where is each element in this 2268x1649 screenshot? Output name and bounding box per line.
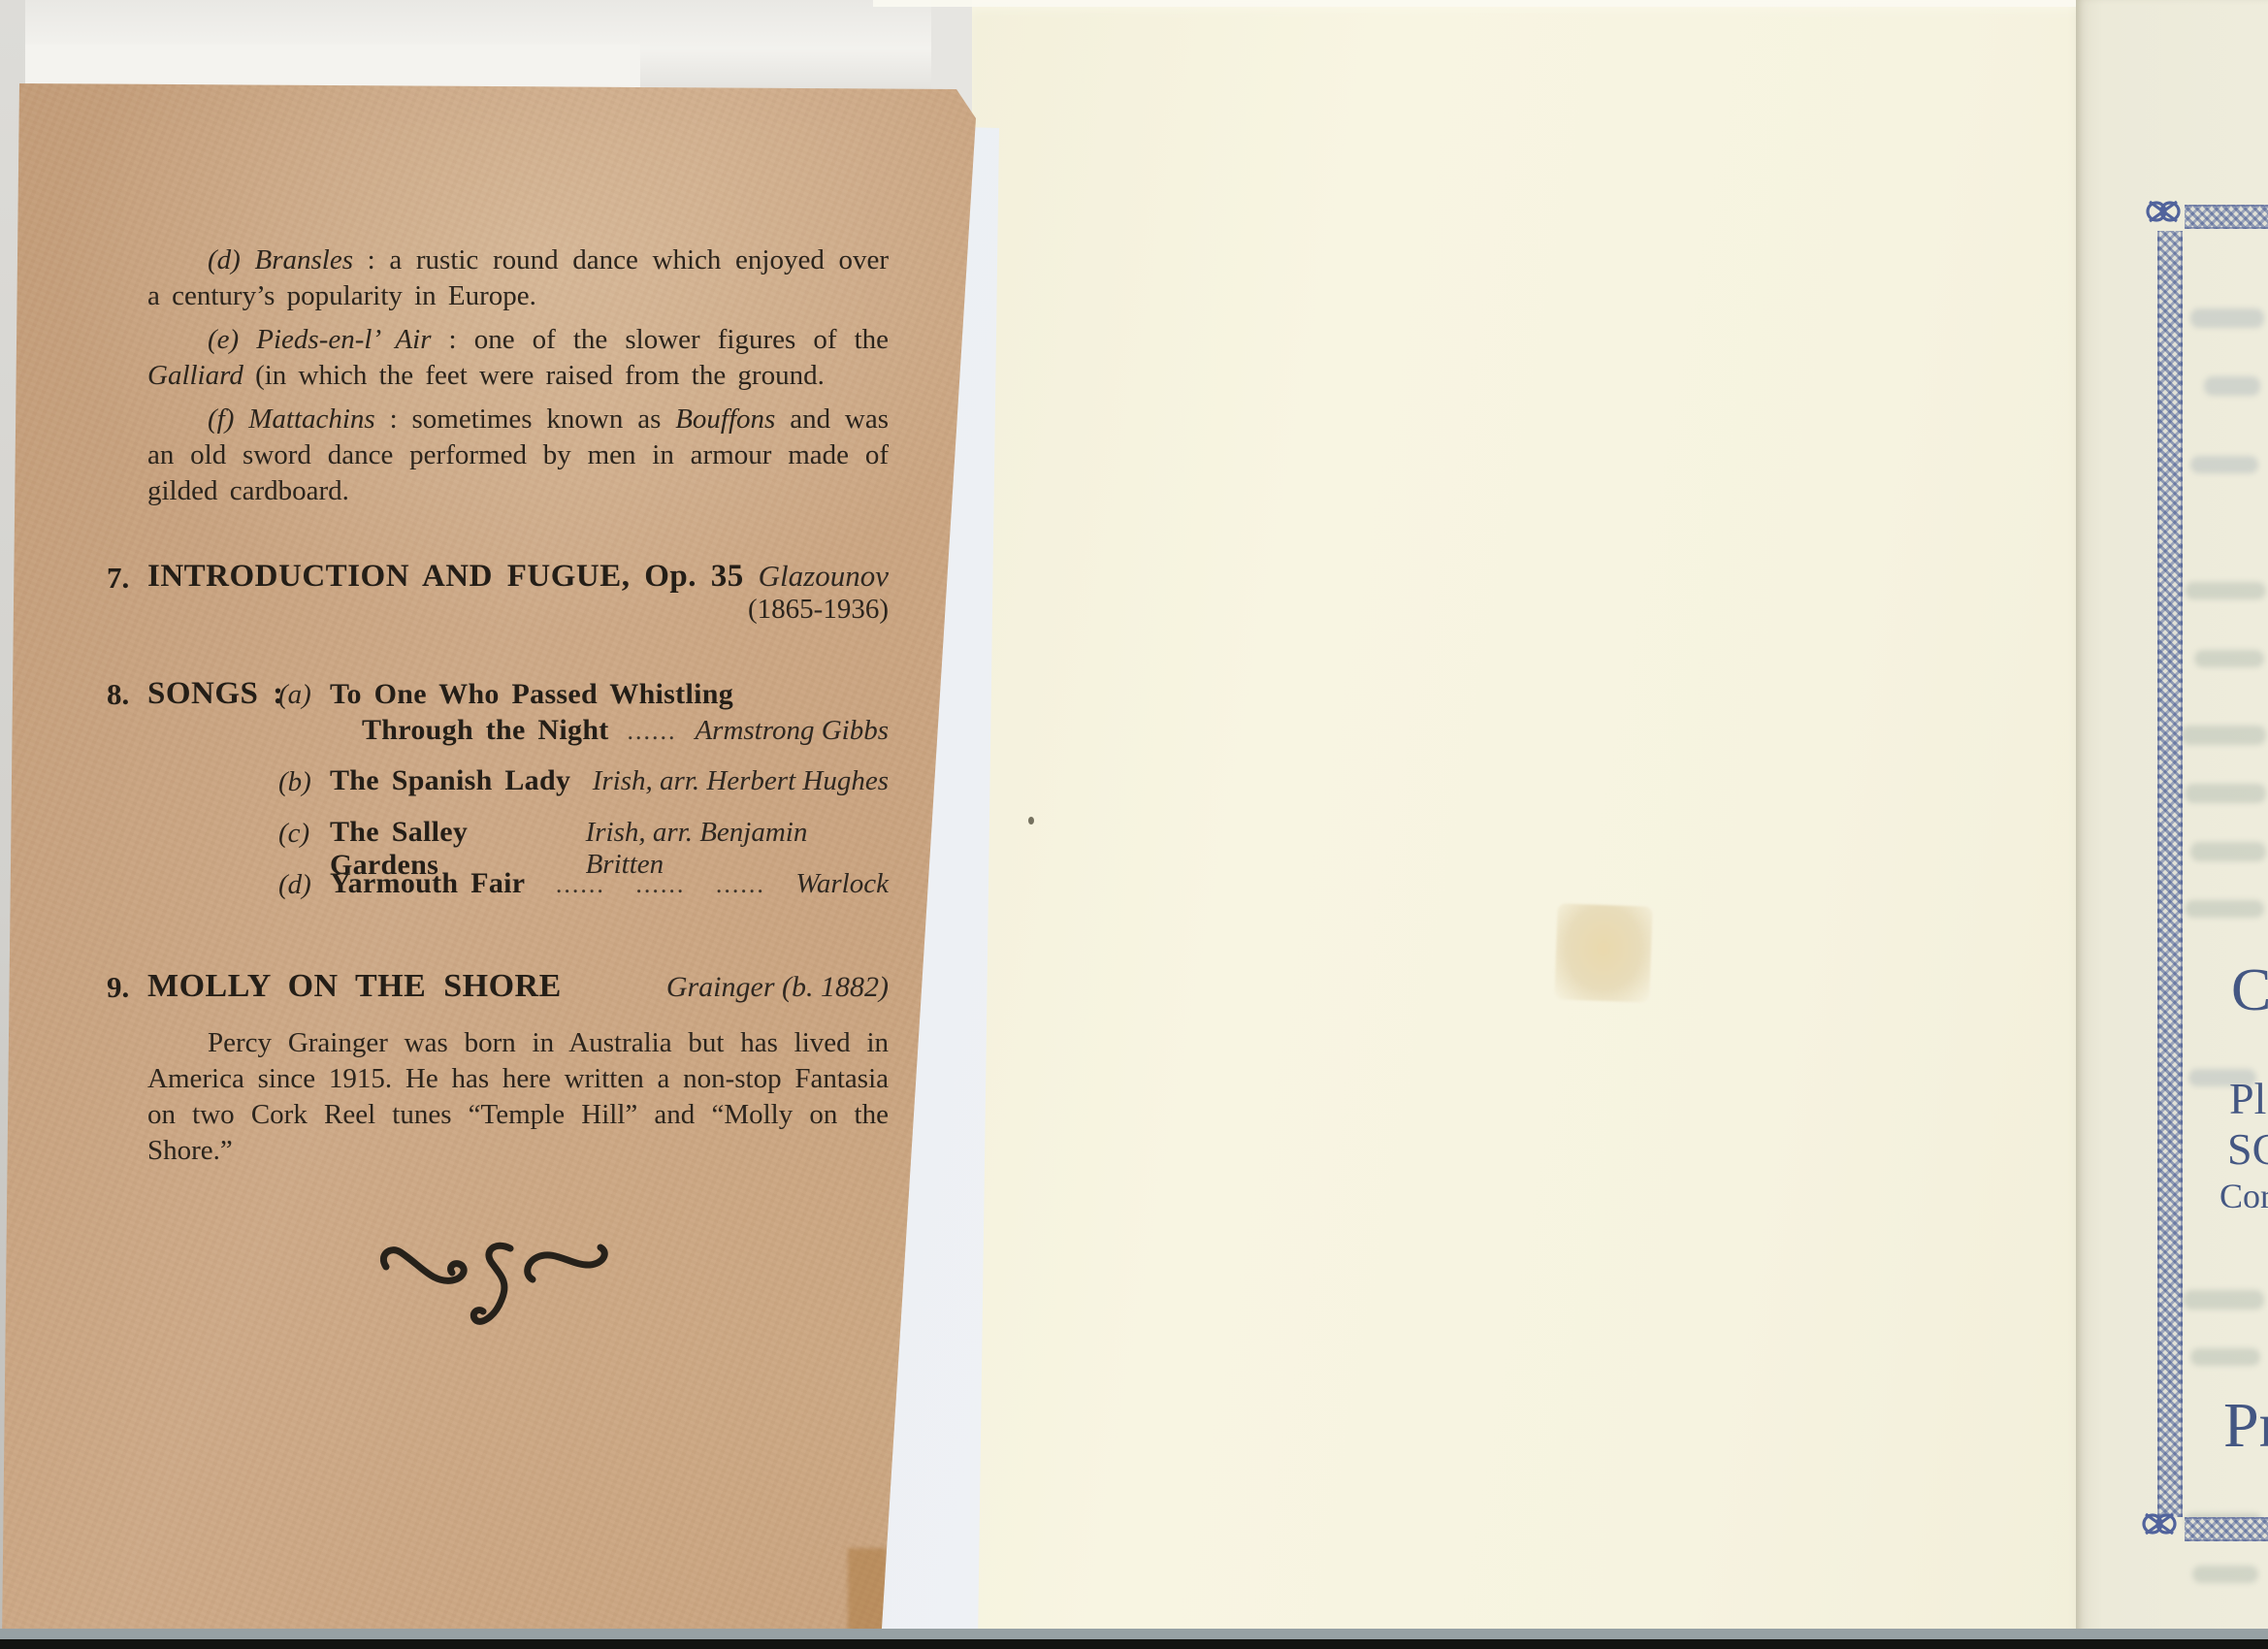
item9-number: 9. — [107, 970, 129, 1005]
note-f-line2: an old sword dance performed by men in a… — [147, 437, 889, 473]
border-corner-knot-bottom — [2138, 1503, 2181, 1544]
song-d-dot-leader-1: ...... — [556, 870, 605, 899]
song-a-composer: Armstrong Gibbs — [695, 715, 889, 747]
show-through-smudge — [2190, 456, 2258, 473]
right-page-partial-text-1: C — [2231, 956, 2268, 1025]
show-through-smudge — [2190, 1348, 2260, 1366]
note-f-colon: : — [375, 404, 398, 435]
note-f-text-b: and was — [790, 404, 889, 435]
page-top-highlight — [873, 0, 2268, 7]
note-d-term: Bransles — [254, 244, 353, 275]
note-d-colon: : — [353, 244, 375, 275]
tape-stain — [1554, 903, 1652, 1002]
song-b-title: The Spanish Lady — [330, 764, 570, 797]
show-through-smudge — [2190, 308, 2264, 328]
border-braid-bottom — [2185, 1517, 2268, 1541]
note-f-term: Mattachins — [248, 404, 375, 435]
item7-composer-dates: (1865-1936) — [147, 592, 889, 628]
note-f-text-italic: Bouffons — [675, 404, 775, 435]
note-d-line2: a century’s popularity in Europe. — [147, 278, 889, 314]
note-e-colon: : — [431, 324, 456, 355]
backing-sheet-edge — [0, 45, 640, 87]
border-braid-top — [2185, 205, 2268, 229]
note-d-text: a rustic round dance which enjoyed over — [389, 244, 889, 275]
song-d-composer: Warlock — [795, 868, 889, 900]
item8-heading: SONGS : — [147, 676, 284, 712]
item9-composer: Grainger (b. 1882) — [666, 971, 889, 1004]
show-through-smudge — [2185, 900, 2264, 918]
song-a-title-line2: Through the Night — [362, 714, 609, 747]
song-a-title-line1: To One Who Passed Whistling — [330, 678, 733, 711]
song-a-dot-leader: ...... — [628, 717, 677, 746]
item7-composer: Glazounov — [759, 559, 889, 594]
note-f-text-a: sometimes known as — [412, 404, 662, 435]
border-corner-knot-top — [2142, 192, 2185, 231]
scan-bottom-black-bar — [0, 1639, 2268, 1649]
song-d-dot-leader-2: ...... — [635, 870, 685, 899]
note-e-label: (e) — [208, 324, 239, 355]
show-through-smudge — [2183, 1290, 2264, 1309]
show-through-smudge — [2185, 582, 2266, 599]
right-page-partial-text-4: Cor — [2219, 1176, 2268, 1216]
right-page-partial-text-3: SC — [2227, 1123, 2268, 1175]
note-e-line2-text: (in which the feet were raised from the … — [243, 360, 825, 391]
show-through-smudge — [2181, 726, 2266, 745]
show-through-smudge — [2190, 842, 2266, 861]
song-a-label: (a) — [278, 679, 311, 711]
song-d-dot-leader-3: ...... — [716, 870, 765, 899]
show-through-smudge — [2204, 376, 2260, 396]
item9-desc-line2: America since 1915. He has here written … — [147, 1061, 889, 1097]
right-page-partial-text-2: Pl — [2229, 1073, 2266, 1124]
song-c-label: (c) — [278, 818, 309, 850]
item8-number: 8. — [107, 677, 129, 712]
note-f-label: (f) — [208, 404, 234, 435]
blank-cream-page — [972, 0, 2084, 1649]
item9-desc-line1: Percy Grainger was born in Australia but… — [147, 1025, 889, 1061]
scanned-concert-programme: (d) Bransles : a rustic round dance whic… — [0, 0, 2268, 1649]
end-flourish-ornament — [374, 1240, 617, 1348]
show-through-smudge — [2192, 1566, 2258, 1583]
item9-title: MOLLY ON THE SHORE — [147, 968, 562, 1005]
song-b-composer: Irish, arr. Herbert Hughes — [593, 765, 889, 797]
scan-bottom-edge-line — [0, 1629, 2268, 1639]
item9-desc-line4: Shore.” — [147, 1133, 889, 1169]
song-d-label: (d) — [278, 869, 311, 901]
right-page-partial-text-5: Pr — [2223, 1389, 2268, 1463]
item9-desc-line3: on two Cork Reel tunes “Temple Hill” and… — [147, 1097, 889, 1133]
item7-number: 7. — [107, 561, 129, 596]
note-e-text: one of the slower figures of the — [474, 324, 889, 355]
note-f-line3: gilded cardboard. — [147, 473, 889, 509]
note-e-term: Pieds-en-l’ Air — [256, 324, 431, 355]
song-b-label: (b) — [278, 766, 311, 798]
item7-title: INTRODUCTION AND FUGUE, Op. 35 — [147, 559, 744, 595]
note-d-label: (d) — [208, 244, 241, 275]
border-braid-vertical — [2157, 231, 2183, 1517]
note-e-line2-term: Galliard — [147, 360, 243, 391]
show-through-smudge — [2185, 784, 2266, 803]
song-d-title: Yarmouth Fair — [330, 867, 525, 900]
paper-speck — [1028, 817, 1034, 824]
show-through-smudge — [2194, 650, 2264, 667]
